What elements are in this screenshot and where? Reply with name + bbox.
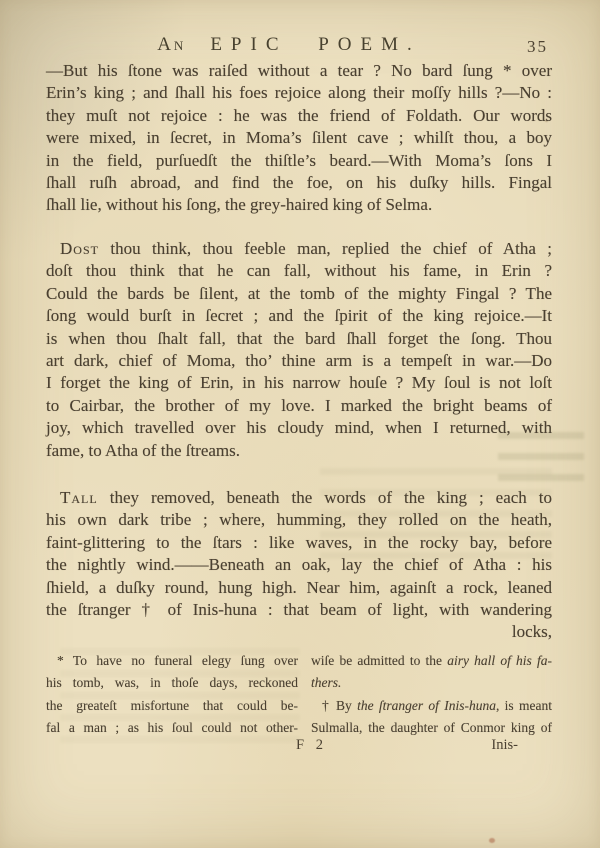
footnote-column-left: * To have no funeral elegy ſung over his… [46,650,298,739]
text-line: joy, which travelled over his cloudy min… [46,417,552,439]
book-page-scan: AnEPIC POEM. 35 —But his ſtone was raiſe… [0,0,600,848]
signature-mark: F 2 [296,737,327,754]
text-line: Dost thou think, thou feeble man, replie… [46,238,552,260]
text-line: the ſtranger † of Inis-huna : that beam … [46,599,552,621]
text-line: Tall they removed, beneath the words of … [46,487,552,509]
text-line: Erin’s king ; and ſhall his foes rejoice… [46,82,552,104]
text-line: doſt thou think that he can fall, withou… [46,260,552,282]
smallcaps-opener: Tall [60,488,98,507]
text-line: —But his ſtone was raiſed without a tear… [46,60,552,82]
text-line: faint-glittering to the ſtars : like wav… [46,532,552,554]
text-span: thou think, thou feeble man, replied the… [110,239,552,258]
footnotes: * To have no funeral elegy ſung over his… [46,650,552,745]
text-span: † By [322,698,357,713]
footnote-line: † By the ſtranger of Inis-huna, is meant [311,695,552,717]
footnote-line: fal a man ; as his ſoul could not other- [46,717,298,739]
paper-speck [489,838,495,843]
paragraph-1: —But his ſtone was raiſed without a tear… [46,60,552,217]
hanging-catch-line: locks, [46,621,552,643]
text-line: art dark, chief of Moma, tho’ thine arm … [46,350,552,372]
footnote-line: wiſe be admitted to the airy hall of his… [311,650,552,672]
footnote-line: * To have no funeral elegy ſung over [46,650,298,672]
smallcaps-opener: Dost [60,239,99,258]
text-line: I forget the king of Erin, in his narrow… [46,372,552,394]
footnote-line: thers. [311,672,552,694]
text-span: , is meant [496,698,552,713]
text-line: is when thou ſhalt fall, that the bard ſ… [46,328,552,350]
footnote-column-right: wiſe be admitted to the airy hall of his… [311,650,552,739]
text-line: his own dark tribe ; where, humming, the… [46,509,552,531]
text-line: they muſt not rejoice : he was the frien… [46,105,552,127]
text-span: they removed, beneath the words of the k… [110,488,552,507]
italic-span: the ſtranger of Inis-huna [357,698,496,713]
running-header: AnEPIC POEM. 35 [46,34,552,60]
footnote-line: his tomb, was, in thoſe days, reckoned [46,672,298,694]
text-line: to Cairbar, the brother of my love. I ma… [46,395,552,417]
footnote-line: Sulmalla, the daughter of Conmor king of [311,717,552,739]
footer-row: F 2 Inis- [46,737,552,759]
page-title-main: EPIC POEM. [210,34,420,55]
text-line: ſhall ruſh abroad, and find the foe, on … [46,172,552,194]
footnote-line: the greateſt misfortune that could be- [46,695,298,717]
paragraph-3: Tall they removed, beneath the words of … [46,487,552,644]
text-line: ſong would burſt in ſecret ; and the ſpi… [46,305,552,327]
text-line: in the field, purſuedſt the thiſtle’s be… [46,150,552,172]
text-span: wiſe be admitted to the [311,653,447,668]
text-line: fame, to Atha of the ſtreams. [46,440,552,462]
page-title: AnEPIC POEM. [157,34,421,56]
text-line: were mixed, in ſecret, in Moma’s ſilent … [46,127,552,149]
text-line: the nightly wind.——Beneath an oak, lay t… [46,554,552,576]
text-line: Could the bards be ſilent, at the tomb o… [46,283,552,305]
page-title-an: An [157,34,186,55]
text-line: ſhield, a duſky round, hung high. Near h… [46,577,552,599]
italic-span: airy hall of his fa- [447,653,552,668]
catchword: Inis- [491,737,518,754]
page-number: 35 [527,37,548,57]
text-line: ſhall lie, without his ſong, the grey-ha… [46,194,552,216]
paragraph-2: Dost thou think, thou feeble man, replie… [46,238,552,462]
